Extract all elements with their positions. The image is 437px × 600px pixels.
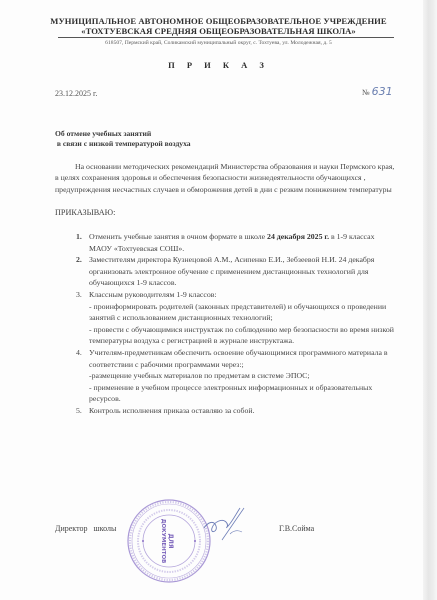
preamble-text: На основании методических рекомендаций М… (55, 162, 394, 194)
item-text: Контроль исполнения приказа оставляю за … (89, 406, 255, 415)
item-number: 4. (76, 347, 82, 359)
header-divider (58, 37, 394, 38)
document-subject: Об отмене учебных занятий в связи с низк… (55, 129, 191, 149)
document-date: 23.12.2025 г. (55, 89, 97, 98)
handwritten-number: 631 (372, 85, 393, 98)
order-item-3: 3. Классным руководителям 1-9 классов: -… (76, 289, 396, 347)
document-title: П Р И К А З (0, 60, 437, 70)
item-number: 1. (76, 231, 82, 243)
order-item-2: 2. Заместителям директора Кузнецовой А.М… (76, 254, 396, 289)
order-item-5: 5. Контроль исполнения приказа оставляю … (76, 405, 396, 417)
svg-text:ДОКУМЕНТОВ: ДОКУМЕНТОВ (160, 519, 166, 564)
item-subpoint: - провести с обучающимися инструктаж по … (89, 324, 396, 347)
org-address: 618507, Пермский край, Соликамский муниц… (0, 40, 437, 46)
signatory-position: Директор школы (55, 524, 116, 533)
order-word: ПРИКАЗЫВАЮ: (55, 208, 115, 217)
item-text: Учителям-предметникам обеспечить освоени… (89, 348, 388, 369)
document-number: №631 (362, 85, 393, 98)
item-subpoint: - применение в учебном процессе электрон… (89, 382, 396, 405)
item-text: Классным руководителям 1-9 классов: (89, 290, 217, 299)
order-items: 1. Отменить учебные занятия в очном форм… (76, 231, 396, 417)
number-prefix: № (362, 88, 370, 97)
scan-edge-shadow (423, 0, 437, 600)
item-number: 3. (76, 289, 82, 301)
order-item-4: 4. Учителям-предметникам обеспечить осво… (76, 347, 396, 405)
preamble: На основании методических рекомендаций М… (55, 161, 395, 195)
item-number: 5. (76, 405, 82, 417)
item-text: Заместителям директора Кузнецовой А.М., … (89, 255, 374, 287)
org-name-line1: МУНИЦИПАЛЬНОЕ АВТОНОМНОЕ ОБЩЕОБРАЗОВАТЕЛ… (0, 16, 437, 26)
item-number: 2. (76, 254, 82, 266)
item-subpoint: - проинформировать родителей (законных п… (89, 301, 396, 324)
item-subpoint: -размещение учебных материалов по предме… (89, 370, 396, 382)
svg-text:ДЛЯ: ДЛЯ (167, 534, 174, 549)
signatory-name: Г.В.Сойма (279, 524, 314, 533)
subject-line1: Об отмене учебных занятий (55, 129, 191, 139)
signature-icon (200, 500, 250, 550)
item-text: Отменить учебные занятия в очном формате… (89, 232, 267, 241)
order-item-1: 1. Отменить учебные занятия в очном форм… (76, 231, 396, 254)
org-name-line2: «ТОХТУЕВСКАЯ СРЕДНЯЯ ОБЩЕОБРАЗОВАТЕЛЬНАЯ… (0, 26, 437, 36)
document-page: МУНИЦИПАЛЬНОЕ АВТОНОМНОЕ ОБЩЕОБРАЗОВАТЕЛ… (0, 0, 437, 600)
subject-line2: в связи с низкой температурой воздуха (55, 139, 191, 149)
item-date-bold: 24 декабря 2025 г. (267, 232, 329, 241)
